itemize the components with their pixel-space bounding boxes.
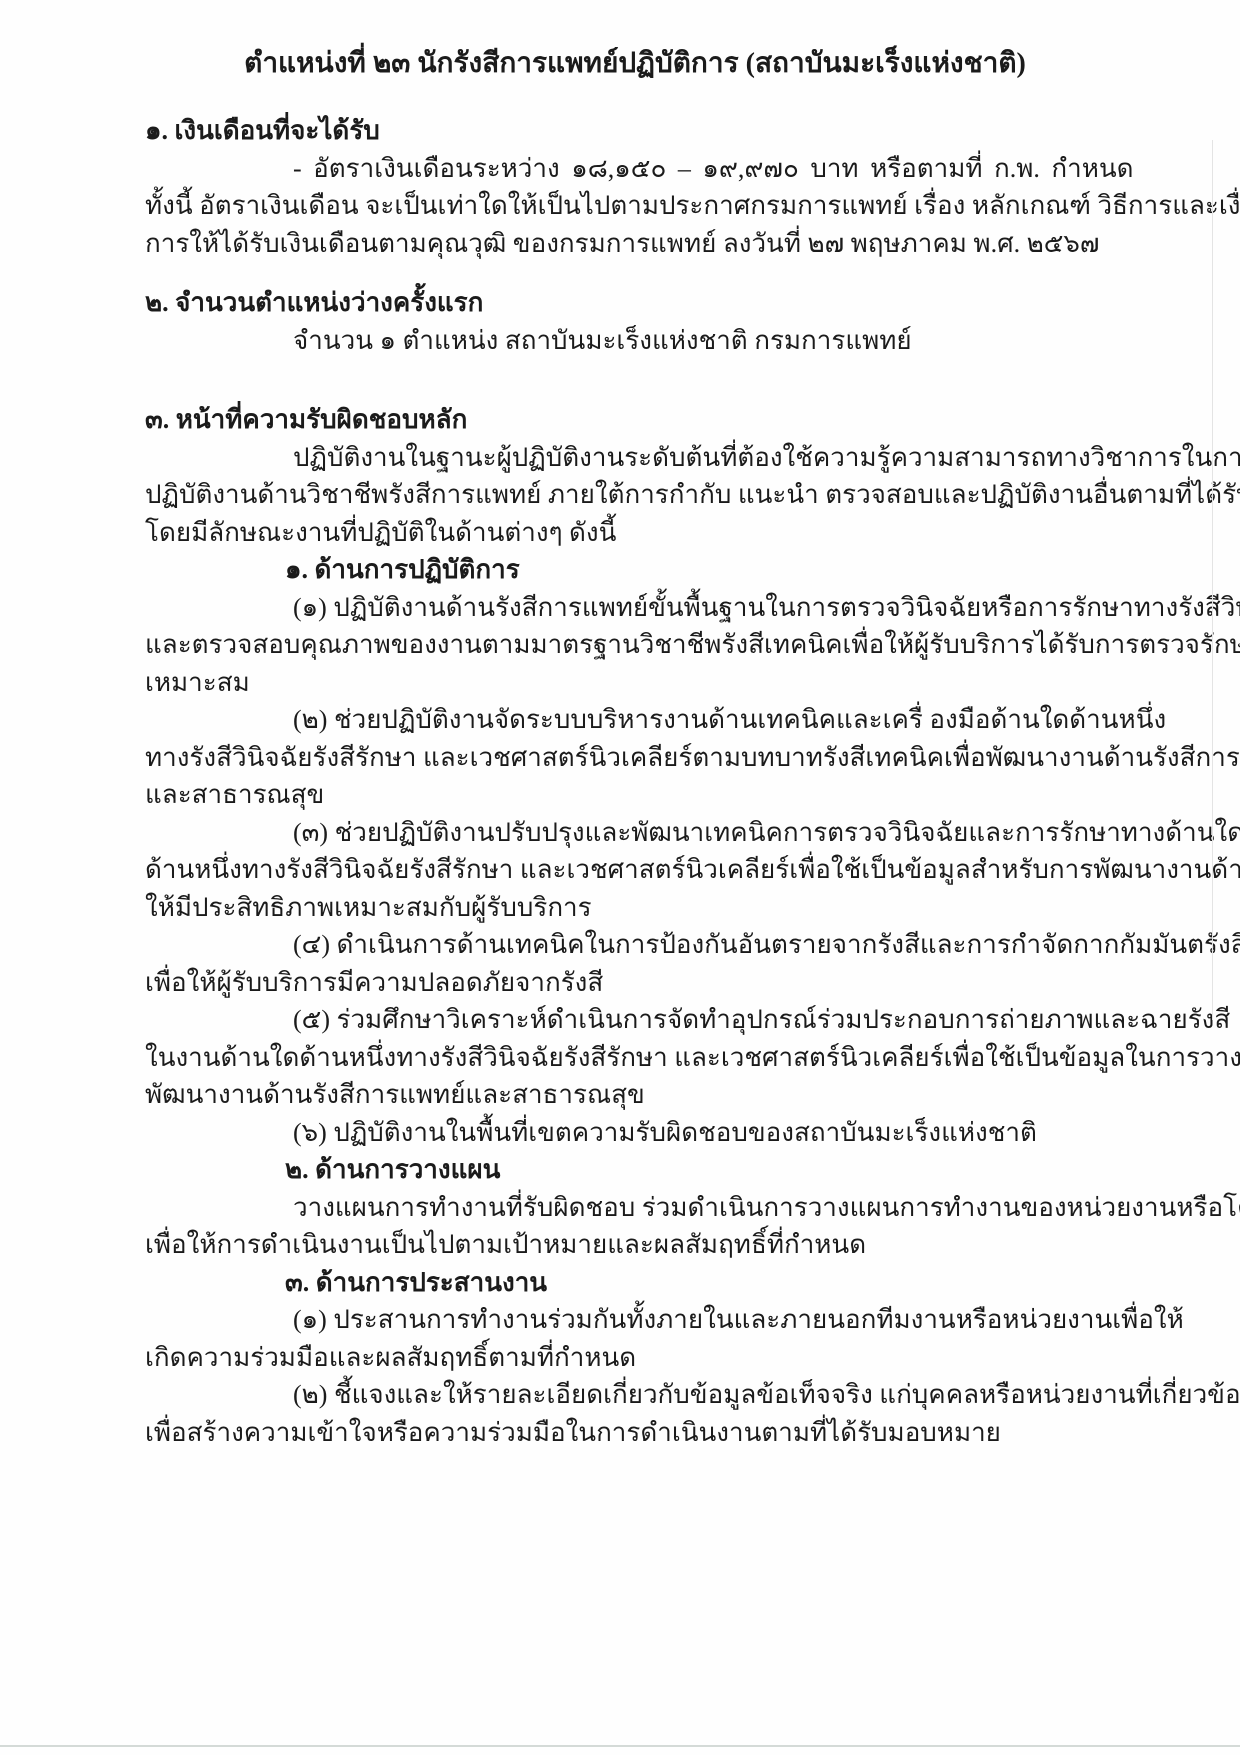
duties-intro-line: โดยมีลักษณะงานที่ปฏิบัติในด้านต่างๆ ดังน… [145, 514, 1125, 552]
operations-line: เหมาะสม [145, 664, 1125, 702]
salary-line: การให้ได้รับเงินเดือนตามคุณวุฒิ ของกรมกา… [145, 225, 1125, 263]
duties-intro-line: ปฏิบัติงานในฐานะผู้ปฏิบัติงานระดับต้นที่… [145, 439, 1125, 477]
planning-line: วางแผนการทำงานที่รับผิดชอบ ร่วมดำเนินการ… [145, 1189, 1125, 1227]
document-content: ตำแหน่งที่ ๒๓ นักรังสีการแพทย์ปฏิบัติการ… [145, 44, 1125, 1451]
document-page: ตำแหน่งที่ ๒๓ นักรังสีการแพทย์ปฏิบัติการ… [0, 0, 1240, 1755]
operations-line: (๔) ดำเนินการด้านเทคนิคในการป้องกันอันตร… [145, 926, 1125, 964]
planning-line: เพื่อให้การดำเนินงานเป็นไปตามเป้าหมายและ… [145, 1226, 1125, 1264]
operations-subheading: ๑. ด้านการปฏิบัติการ [145, 551, 1125, 589]
operations-line: พัฒนางานด้านรังสีการแพทย์และสาธารณสุข [145, 1076, 1125, 1114]
salary-line: - อัตราเงินเดือนระหว่าง ๑๘,๑๕๐ – ๑๙,๙๗๐ … [145, 150, 1125, 188]
duties-intro-line: ปฏิบัติงานด้านวิชาชีพรังสีการแพทย์ ภายใต… [145, 476, 1125, 514]
operations-line: (๒) ช่วยปฏิบัติงานจัดระบบบริหารงานด้านเท… [145, 701, 1125, 739]
operations-line: (๑) ปฏิบัติงานด้านรังสีการแพทย์ขั้นพื้นฐ… [145, 589, 1125, 627]
operations-line: ด้านหนึ่งทางรังสีวินิจฉัยรังสีรักษา และเ… [145, 851, 1125, 889]
operations-line: เพื่อให้ผู้รับบริการมีความปลอดภัยจากรังส… [145, 964, 1125, 1002]
coordination-line: (๑) ประสานการทำงานร่วมกันทั้งภายในและภาย… [145, 1301, 1125, 1339]
operations-line: และสาธารณสุข [145, 776, 1125, 814]
salary-section-heading: ๑. เงินเดือนที่จะได้รับ [145, 112, 1125, 150]
operations-line: (๖) ปฏิบัติงานในพื้นที่เขตความรับผิดชอบข… [145, 1114, 1125, 1152]
coordination-line: (๒) ชี้แจงและให้รายละเอียดเกี่ยวกับข้อมู… [145, 1376, 1125, 1414]
vacancy-section-heading: ๒. จำนวนตำแหน่งว่างครั้งแรก [145, 284, 1125, 322]
operations-line: และตรวจสอบคุณภาพของงานตามมาตรฐานวิชาชีพร… [145, 626, 1125, 664]
vacancy-line: จำนวน ๑ ตำแหน่ง สถาบันมะเร็งแห่งชาติ กรม… [145, 322, 1125, 360]
operations-line: (๓) ช่วยปฏิบัติงานปรับปรุงและพัฒนาเทคนิค… [145, 814, 1125, 852]
operations-line: (๕) ร่วมศึกษาวิเคราะห์ดำเนินการจัดทำอุปก… [145, 1001, 1125, 1039]
operations-line: ให้มีประสิทธิภาพเหมาะสมกับผู้รับบริการ [145, 889, 1125, 927]
salary-line: ทั้งนี้ อัตราเงินเดือน จะเป็นเท่าใดให้เป… [145, 187, 1125, 225]
scan-artifact-bottom-line [0, 1745, 1240, 1747]
coordination-line: เพื่อสร้างความเข้าใจหรือความร่วมมือในการ… [145, 1414, 1125, 1452]
coordination-subheading: ๓. ด้านการประสานงาน [145, 1264, 1125, 1302]
operations-line: ในงานด้านใดด้านหนึ่งทางรังสีวินิจฉัยรังส… [145, 1039, 1125, 1077]
operations-line: ทางรังสีวินิจฉัยรังสีรักษา และเวชศาสตร์น… [145, 739, 1125, 777]
coordination-line: เกิดความร่วมมือและผลสัมฤทธิ์ตามที่กำหนด [145, 1339, 1125, 1377]
document-title: ตำแหน่งที่ ๒๓ นักรังสีการแพทย์ปฏิบัติการ… [145, 44, 1125, 84]
scan-artifact-right-line [1212, 140, 1213, 1020]
duties-section-heading: ๓. หน้าที่ความรับผิดชอบหลัก [145, 401, 1125, 439]
planning-subheading: ๒. ด้านการวางแผน [145, 1151, 1125, 1189]
